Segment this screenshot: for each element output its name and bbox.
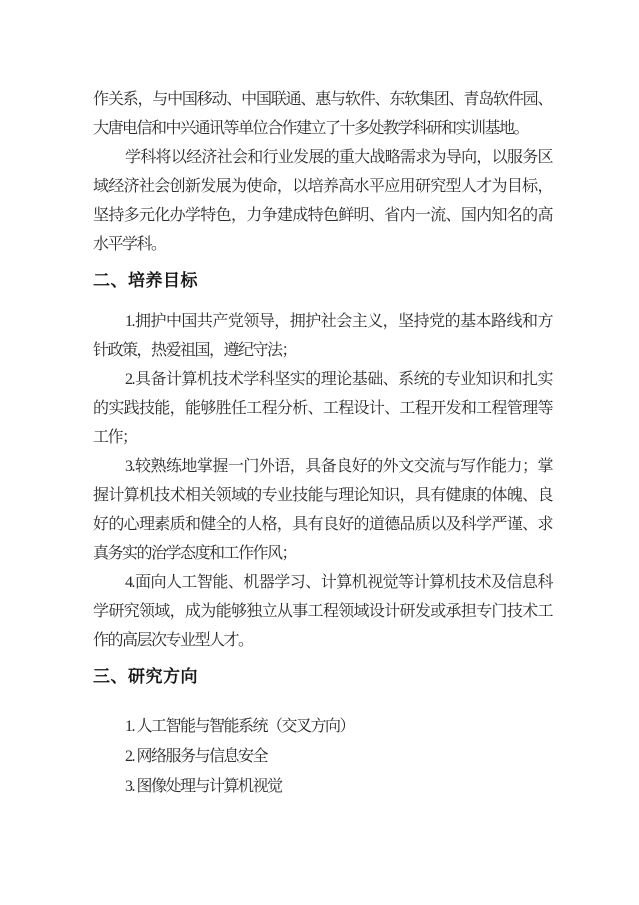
text-line: 1.拥护中国共产党领导，拥护社会主义，坚持党的基本路线和方 bbox=[93, 307, 552, 336]
text-line: 针政策，热爱祖国，遵纪守法； bbox=[93, 336, 552, 365]
document-body: 作关系，与中国移动、中国联通、惠与软件、东软集团、青岛软件园、 大唐电信和中兴通… bbox=[93, 85, 552, 802]
text-line: 2.具备计算机技术学科坚实的理论基础、系统的专业知识和扎实 bbox=[93, 365, 552, 394]
text-line: 学研究领域，成为能够独立从事工程领域设计研发或承担专门技术工 bbox=[93, 597, 552, 626]
research-direction-item: 1. 人工智能与智能系统（交叉方向） bbox=[93, 712, 552, 742]
text-line: 的实践技能，能够胜任工程分析、工程设计、工程开发和工程管理等 bbox=[93, 394, 552, 423]
text-line: 好的心理素质和健全的人格，具有良好的道德品质以及科学严谨、求 bbox=[93, 510, 552, 539]
paragraph-mission: 学科将以经济社会和行业发展的重大战略需求为导向，以服务区 域经济社会创新发展为使… bbox=[93, 143, 552, 259]
text-line: 域经济社会创新发展为使命，以培养高水平应用研究型人才为目标， bbox=[93, 172, 552, 201]
research-direction-item: 2. 网络服务与信息安全 bbox=[93, 742, 552, 772]
section-heading-research-directions: 三、研究方向 bbox=[93, 662, 552, 691]
objective-item-3: 3.较熟练地掌握一门外语，具备良好的外文交流与写作能力；掌 握计算机技术相关领域… bbox=[93, 452, 552, 568]
text-line: 握计算机技术相关领域的专业技能与理论知识，具有健康的体魄、良 bbox=[93, 481, 552, 510]
objective-item-4: 4.面向人工智能、机器学习、计算机视觉等计算机技术及信息科 学研究领域，成为能够… bbox=[93, 568, 552, 655]
research-directions-list: 1. 人工智能与智能系统（交叉方向） 2. 网络服务与信息安全 3. 图像处理与… bbox=[93, 712, 552, 802]
objective-item-1: 1.拥护中国共产党领导，拥护社会主义，坚持党的基本路线和方 针政策，热爱祖国，遵… bbox=[93, 307, 552, 365]
section-heading-training-objectives: 二、培养目标 bbox=[93, 266, 552, 295]
text-line: 坚持多元化办学特色，力争建成特色鲜明、省内一流、国内知名的高 bbox=[93, 201, 552, 230]
document-page: 作关系，与中国移动、中国联通、惠与软件、东软集团、青岛软件园、 大唐电信和中兴通… bbox=[0, 0, 639, 905]
text-line: 工作； bbox=[93, 423, 552, 452]
text-line: 3.较熟练地掌握一门外语，具备良好的外文交流与写作能力；掌 bbox=[93, 452, 552, 481]
text-line: 大唐电信和中兴通讯等单位合作建立了十多处教学科研和实训基地。 bbox=[93, 114, 552, 143]
text-line: 学科将以经济社会和行业发展的重大战略需求为导向，以服务区 bbox=[93, 143, 552, 172]
paragraph-cooperation: 作关系，与中国移动、中国联通、惠与软件、东软集团、青岛软件园、 大唐电信和中兴通… bbox=[93, 85, 552, 143]
text-line: 4.面向人工智能、机器学习、计算机视觉等计算机技术及信息科 bbox=[93, 568, 552, 597]
text-line: 水平学科。 bbox=[93, 230, 552, 259]
text-line: 作的高层次专业型人才。 bbox=[93, 626, 552, 655]
text-line: 真务实的治学态度和工作作风； bbox=[93, 539, 552, 568]
objective-item-2: 2.具备计算机技术学科坚实的理论基础、系统的专业知识和扎实 的实践技能，能够胜任… bbox=[93, 365, 552, 452]
research-direction-item: 3. 图像处理与计算机视觉 bbox=[93, 772, 552, 802]
text-line: 作关系，与中国移动、中国联通、惠与软件、东软集团、青岛软件园、 bbox=[93, 85, 552, 114]
